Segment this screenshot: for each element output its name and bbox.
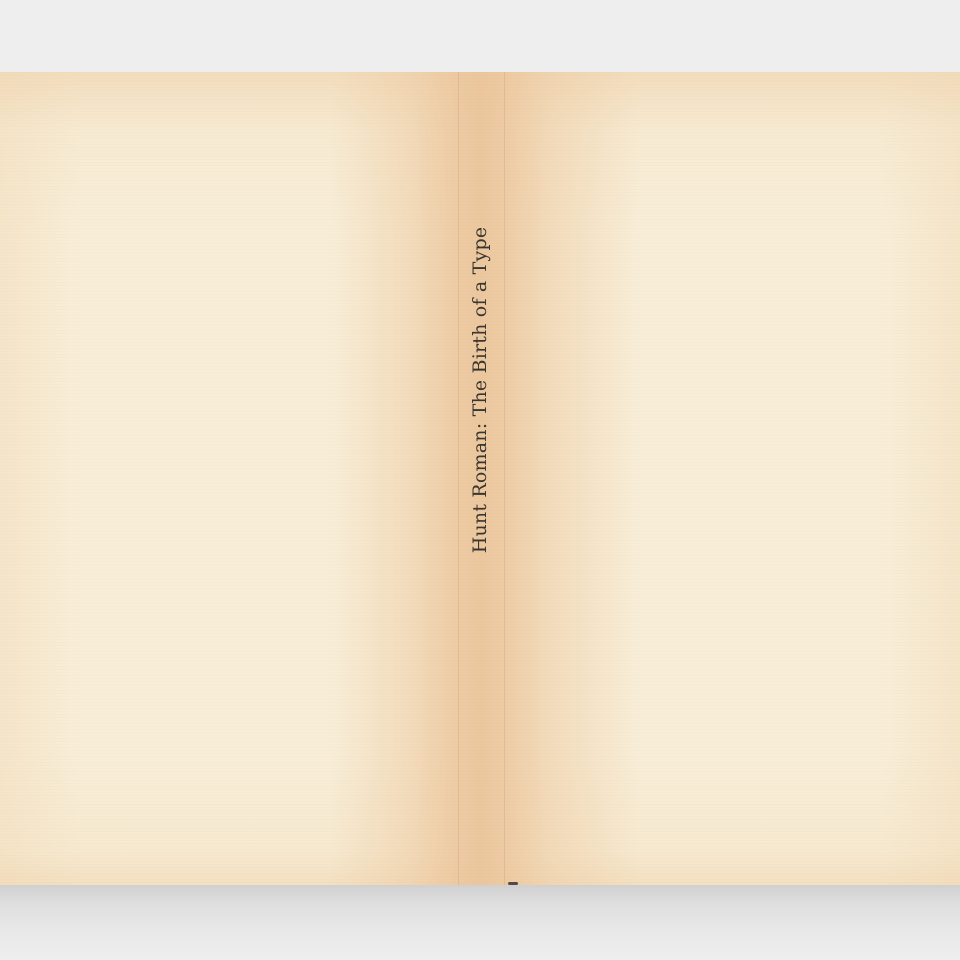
spine-fold-right (504, 72, 505, 885)
book-jacket: Hunt Roman: The Birth of a Type (0, 72, 960, 885)
spine-title: Hunt Roman: The Birth of a Type (469, 227, 491, 554)
photo-stage: Hunt Roman: The Birth of a Type (0, 0, 960, 960)
book-shadow (0, 884, 960, 960)
spine-fold-left (458, 72, 459, 885)
edge-wear-mark (508, 882, 518, 885)
